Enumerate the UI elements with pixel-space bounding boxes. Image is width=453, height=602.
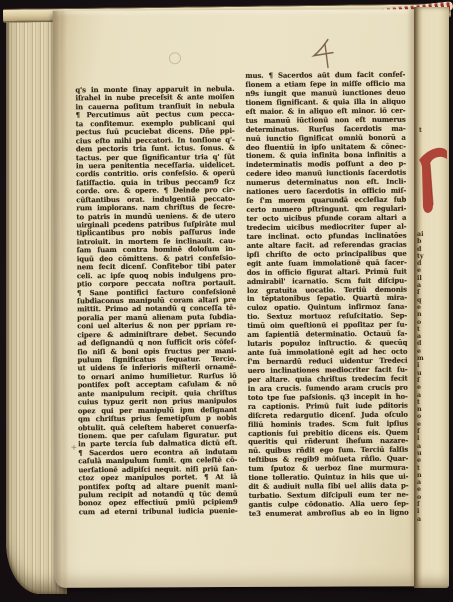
edge-text-fragment: t	[419, 127, 422, 134]
text-line: m	[417, 355, 437, 362]
text-column-left: q's in monte ſinay apparuit in nebula.iſ…	[75, 85, 237, 517]
text-line: n	[417, 311, 437, 318]
next-leaf-text-fragments: aibdtydeilaſqenotademiuſeatnoeſiauetnaeo…	[417, 231, 437, 523]
text-line: e	[417, 267, 437, 274]
text-line: i	[417, 508, 437, 515]
text-line: a	[417, 392, 437, 399]
text-line: ſ	[417, 377, 437, 384]
text-line: ſ	[417, 428, 437, 435]
text-line: a	[417, 333, 437, 340]
next-leaf-fore-edge: t aibdtydeilaſqenotademiuſeatnoeſiauetna…	[414, 7, 449, 588]
text-line: a	[417, 479, 437, 486]
text-line: e	[417, 304, 437, 311]
text-line: e	[417, 421, 437, 428]
book-scan: + q's in monte ſinay apparuit in nebula.…	[0, 0, 453, 602]
text-line: il	[417, 275, 437, 282]
text-line: i	[417, 362, 437, 369]
text-line: d	[417, 260, 437, 267]
text-line: i	[417, 435, 437, 442]
text-line: t	[417, 399, 437, 406]
book-page: + q's in monte ſinay apparuit in nebula.…	[53, 9, 420, 588]
text-column-right: mus. ¶ Sacerdos aūt dum facit confeſ-ſio…	[245, 71, 409, 519]
text-line: cum ad eterni tribunal iudicia puenie-	[79, 507, 238, 517]
text-line: ſ	[417, 289, 437, 296]
text-line: u	[417, 370, 437, 377]
text-line: n	[417, 406, 437, 413]
text-line: te3 enumerat ambroſius ab eo in ligno	[249, 509, 409, 519]
text-line: a	[417, 516, 437, 523]
text-line: e	[417, 348, 437, 355]
text-line: a	[417, 282, 437, 289]
text-line: o	[417, 319, 437, 326]
text-block: q's in monte ſinay apparuit in nebula.iſ…	[52, 9, 421, 589]
text-line: d	[417, 340, 437, 347]
red-initial-letter	[417, 143, 448, 219]
text-line: b	[417, 238, 437, 245]
text-line: ſ	[417, 501, 437, 508]
text-line: n	[417, 472, 437, 479]
text-line: e	[417, 486, 437, 493]
text-line: o	[417, 413, 437, 420]
text-line: t	[417, 326, 437, 333]
text-line: o	[417, 494, 437, 501]
text-line: a	[417, 443, 437, 450]
text-line: e	[417, 384, 437, 391]
text-line: d	[417, 246, 437, 253]
text-line: q	[417, 297, 437, 304]
text-line: ai	[417, 231, 437, 238]
text-line: u	[417, 450, 437, 457]
text-line: ty	[417, 253, 437, 260]
text-line: t	[417, 465, 437, 472]
text-line: e	[417, 457, 437, 464]
